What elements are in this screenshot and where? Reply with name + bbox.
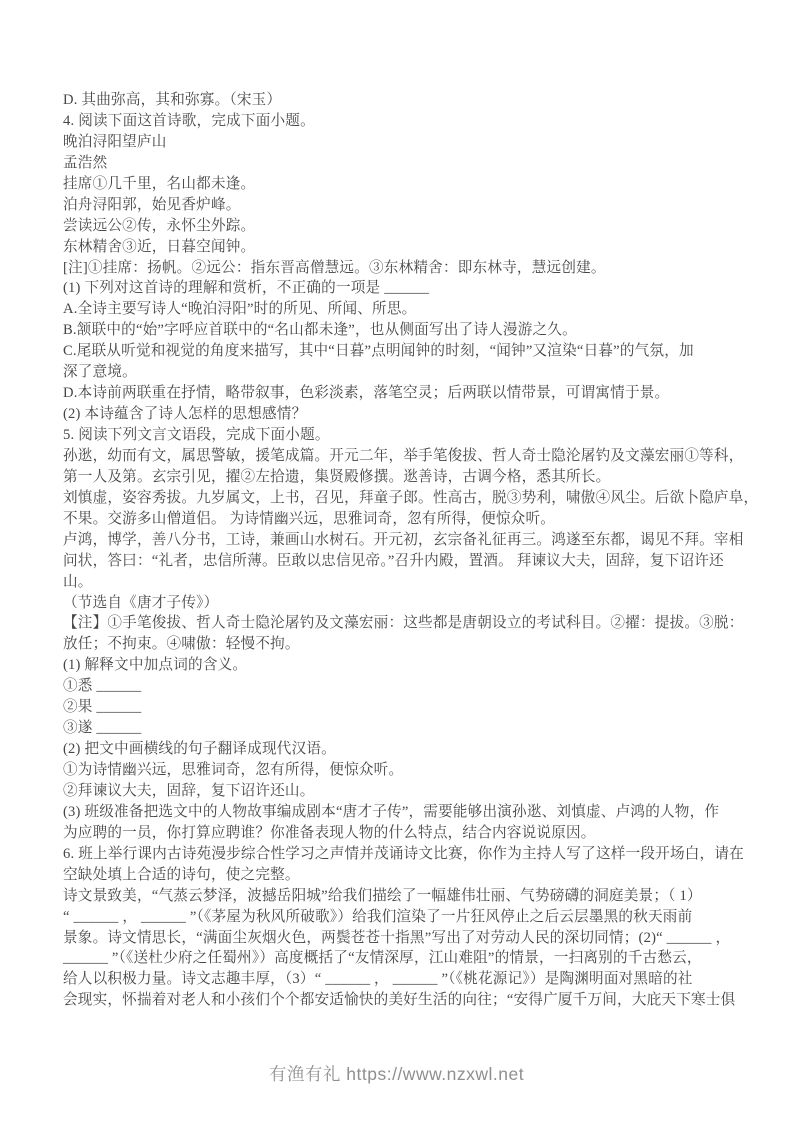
doc-line-choice-c: C.尾联从听觉和视觉的角度来描写，其中“日暮”点明闻钟的时刻，“闻钟”又渲染“日… [63, 341, 741, 362]
doc-line-poem-verse: 挂席①几千里，名山都未逢。 [63, 174, 741, 195]
doc-line-blank: ①悉 ______ [63, 676, 741, 697]
doc-line: 5. 阅读下列文言文语段，完成下面小题。 [63, 425, 741, 446]
doc-line-question: (1) 解释文中加点词的含义。 [63, 655, 741, 676]
doc-line: 诗文景致美，“气蒸云梦泽，波撼岳阳城”给我们描绘了一幅雄伟壮丽、气势磅礴的洞庭美… [63, 886, 741, 907]
exam-content: D. 其曲弥高，其和弥寡。（宋玉） 4. 阅读下面这首诗歌，完成下面小题。 晚泊… [63, 90, 741, 1011]
doc-line-question: (1) 下列对这首诗的理解和赏析，不正确的一项是 ______ [63, 278, 741, 299]
doc-line: 给人以积极力量。诗文志趣丰厚，（3）“ ______ ， ______ ”（《桃… [63, 969, 741, 990]
doc-line-note: 放任；不拘束。④啸傲：轻慢不拘。 [63, 634, 741, 655]
doc-line: 景象。诗文情思长，“满面尘灰烟火色，两鬓苍苍十指黑”写出了对劳动人民的深切同情；… [63, 928, 741, 949]
doc-line-question: (3) 班级准备把选文中的人物故事编成剧本“唐才子传”，需要能够出演孙逖、刘慎虚… [63, 802, 741, 823]
doc-line-question: (2) 把文中画横线的句子翻译成现代汉语。 [63, 739, 741, 760]
doc-line: D. 其曲弥高，其和弥寡。（宋玉） [63, 90, 741, 111]
doc-line: ______ ”（《送杜少府之任蜀州》）高度概括了“友情深厚，江山难阻”的情景，… [63, 948, 741, 969]
doc-line-poem-verse: 泊舟浔阳郭，始见香炉峰。 [63, 195, 741, 216]
doc-line-poem-title: 晚泊浔阳望庐山 [63, 132, 741, 153]
doc-line-poem-verse: 尝读远公②传，永怀尘外踪。 [63, 216, 741, 237]
doc-line-source: （节选自《唐才子传》） [63, 593, 741, 614]
doc-line: 空缺处填上合适的诗句，使之完整。 [63, 865, 741, 886]
doc-line: “ ______ ， ______ ”（《茅屋为秋风所破歌》）给我们渲染了一片狂… [63, 907, 741, 928]
doc-line-choice-b: B.颔联中的“始”字呼应首联中的“名山都未逢”，也从侧面写出了诗人漫游之久。 [63, 320, 741, 341]
doc-line-choice-d: D.本诗前两联重在抒情，略带叙事，色彩淡素，落笔空灵；后两联以情带景，可谓寓情于… [63, 383, 741, 404]
watermark-footer: 有渔有礼 https://www.nzxwl.net [0, 1061, 793, 1086]
doc-line: 4. 阅读下面这首诗歌，完成下面小题。 [63, 111, 741, 132]
doc-line-passage: 刘慎虚，姿容秀拔。九岁属文，上书，召见，拜童子郎。性高古，脱③势利，啸傲④风尘。… [63, 488, 741, 509]
doc-line-note: 【注】①手笔俊拔、哲人奇士隐沦屠钓及文藻宏丽：这些都是唐朝设立的考试科目。②擢：… [63, 613, 741, 634]
doc-line-passage: 孙逖，幼而有文，属思警敏，援笔成篇。开元二年，举手笔俊拔、哲人奇士隐沦屠钓及文藻… [63, 446, 741, 467]
doc-line: 会现实，怀揣着对老人和小孩们个个都安适愉快的美好生活的向往；“安得广厦千万间，大… [63, 990, 741, 1011]
doc-line-choice-c: 深了意境。 [63, 362, 741, 383]
doc-line-question: (2) 本诗蕴含了诗人怎样的思想感情？ [63, 404, 741, 425]
doc-line-poem-author: 孟浩然 [63, 153, 741, 174]
doc-line-blank: ③遂 ______ [63, 718, 741, 739]
doc-line-note: [注]①挂席：扬帆。②远公：指东晋高僧慧远。③东林精舍：即东林寺，慧远创建。 [63, 258, 741, 279]
doc-line-passage: 山。 [63, 572, 741, 593]
doc-line-blank: ②果 ______ [63, 697, 741, 718]
doc-line-choice-a: A.全诗主要写诗人“晚泊浔阳”时的所见、所闻、所思。 [63, 299, 741, 320]
doc-line-question: 为应聘的一员，你打算应聘谁？你准备表现人物的什么特点，结合内容说说原因。 [63, 823, 741, 844]
doc-line-passage: 卢鸿，博学，善八分书，工诗，兼画山水树石。开元初，玄宗备礼征再三。鸿遂至东都，谒… [63, 530, 741, 551]
doc-line-passage: 第一人及第。玄宗引见，擢②左拾遗，集贤殿修撰。逖善诗，古调今格，悉其所长。 [63, 467, 741, 488]
doc-line: ②拜谏议大夫，固辞，复下诏许还山。 [63, 781, 741, 802]
doc-line: 6. 班上举行课内古诗苑漫步综合性学习之声情并茂诵诗文比赛，你作为主持人写了这样… [63, 844, 741, 865]
watermark-text: 有渔有礼 https://www.nzxwl.net [269, 1064, 524, 1084]
doc-line: ①为诗情幽兴远，思雅词奇，忽有所得，便惊众听。 [63, 760, 741, 781]
doc-line-poem-verse: 东林精舍③近，日暮空闻钟。 [63, 237, 741, 258]
doc-line-passage: 问状，答曰：“礼者，忠信所薄。臣敢以忠信见帝。”召升内殿，置酒。 拜谏议大夫，固… [63, 551, 741, 572]
doc-line-passage: 不果。交游多山僧道侣。 为诗情幽兴远，思雅词奇，忽有所得，便惊众听。 [63, 509, 741, 530]
